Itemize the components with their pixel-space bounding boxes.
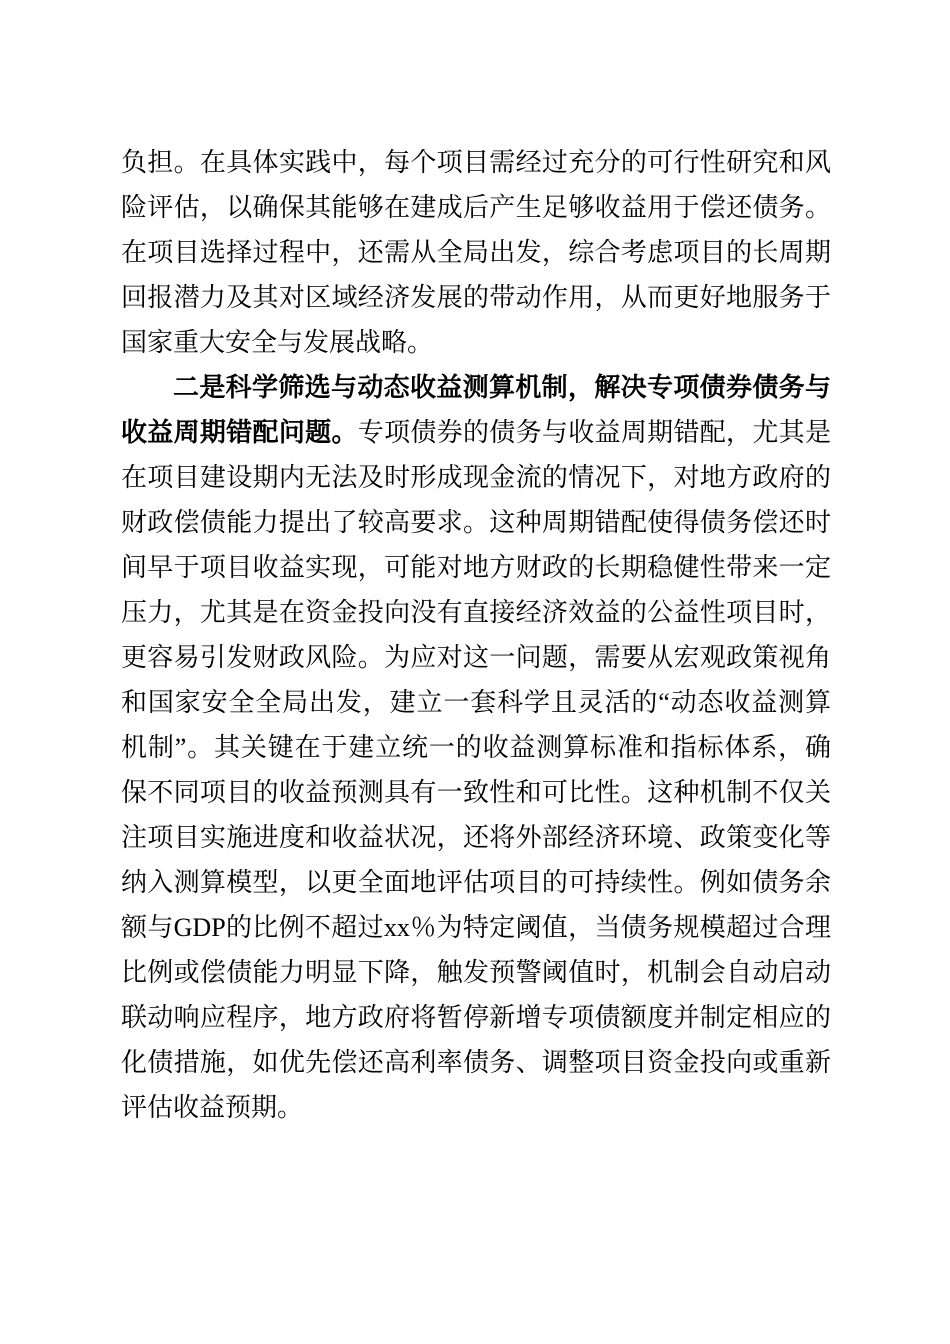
document-page: 负担。在具体实践中，每个项目需经过充分的可行性研究和风险评估，以确保其能够在建成… [0,0,950,1344]
section-two-body-text: 专项债券的债务与收益周期错配，尤其是在项目建设期内无法及时形成现金流的情况下，对… [121,418,831,1122]
paragraph-continuation: 负担。在具体实践中，每个项目需经过充分的可行性研究和风险评估，以确保其能够在建成… [121,140,831,365]
document-body: 负担。在具体实践中，每个项目需经过充分的可行性研究和风险评估，以确保其能够在建成… [121,140,831,1130]
paragraph-section-two: 二是科学筛选与动态收益测算机制，解决专项债券债务与收益周期错配问题。专项债券的债… [121,365,831,1130]
